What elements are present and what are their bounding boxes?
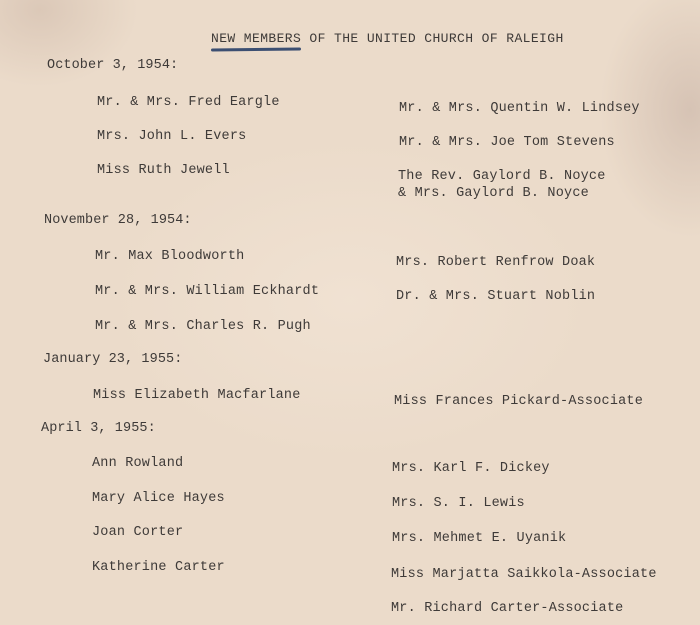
member-entry: Mr. Richard Carter-Associate: [391, 601, 623, 617]
member-entry: Mary Alice Hayes: [92, 491, 225, 507]
member-entry: Mrs. John L. Evers: [97, 129, 246, 145]
section-date-jan-1955: January 23, 1955:: [43, 352, 182, 368]
member-entry: Miss Ruth Jewell: [97, 163, 230, 179]
member-entry: The Rev. Gaylord B. Noyce: [398, 169, 606, 185]
section-date-oct-1954: October 3, 1954:: [47, 58, 178, 74]
member-entry: Miss Elizabeth Macfarlane: [93, 388, 301, 404]
member-entry: Dr. & Mrs. Stuart Noblin: [396, 289, 595, 305]
member-entry: Mr. & Mrs. Joe Tom Stevens: [399, 135, 615, 151]
member-entry: Mr. Max Bloodworth: [95, 249, 244, 265]
document-title: NEW MEMBERS OF THE UNITED CHURCH OF RALE…: [211, 31, 564, 47]
section-date-apr-1955: April 3, 1955:: [41, 421, 156, 437]
member-entry: Katherine Carter: [92, 560, 225, 576]
member-entry: Mrs. Mehmet E. Uyanik: [392, 531, 566, 547]
section-date-nov-1954: November 28, 1954:: [44, 213, 192, 229]
member-entry: Miss Frances Pickard-Associate: [394, 394, 643, 410]
title-rest-text: OF THE UNITED CHURCH OF RALEIGH: [301, 31, 563, 46]
member-entry: Mr. & Mrs. William Eckhardt: [95, 284, 319, 300]
member-entry: Mrs. S. I. Lewis: [392, 496, 525, 512]
member-entry: Mr. & Mrs. Fred Eargle: [97, 95, 280, 111]
member-entry: Ann Rowland: [92, 456, 183, 472]
member-entry: Mrs. Karl F. Dickey: [392, 461, 550, 477]
member-entry: Miss Marjatta Saikkola-Associate: [391, 567, 657, 583]
member-entry: Joan Corter: [92, 525, 183, 541]
title-underlined-text: NEW MEMBERS: [211, 31, 301, 46]
member-entry: & Mrs. Gaylord B. Noyce: [398, 186, 589, 202]
member-entry: Mrs. Robert Renfrow Doak: [396, 255, 595, 271]
member-entry: Mr. & Mrs. Charles R. Pugh: [95, 319, 311, 335]
member-entry: Mr. & Mrs. Quentin W. Lindsey: [399, 101, 640, 117]
typed-document-page: NEW MEMBERS OF THE UNITED CHURCH OF RALE…: [0, 0, 700, 625]
